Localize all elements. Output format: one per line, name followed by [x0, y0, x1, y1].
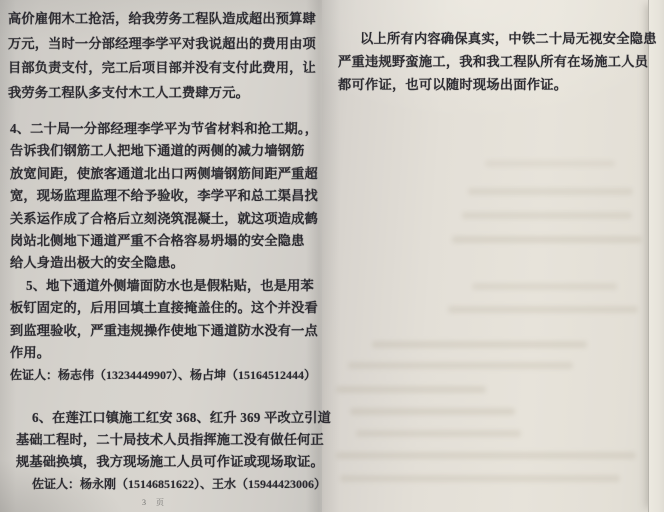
text-line: 给人身造出极大的安全隐患。: [10, 252, 318, 274]
text-line: 严重违规野蛮施工，我和我工程队所有在场施工人员: [338, 50, 657, 73]
text-line: 放宽间距，使旅客通道北出口两侧墙钢筋间距严重超: [10, 163, 318, 185]
bleed-through-line: [356, 430, 521, 437]
page-number: 3 页: [142, 497, 168, 508]
text-line: 6、在莲江口镇施工红安 368、红升 369 平改立引道: [16, 407, 331, 429]
text-line: 关系运作成了合格后立刻浇筑混凝土，就这项造成鹤: [10, 208, 318, 230]
bleed-through-line: [468, 188, 633, 195]
text-line: 宽，现场监理监理不给予验收，李学平和总工渠昌找: [10, 185, 318, 207]
bleed-through-line: [350, 408, 515, 415]
left-paragraph-1: 高价雇佣木工抢活，给我劳务工程队造成超出预算肆 万元，当时一分部经理李学平对我说…: [8, 7, 316, 105]
text-line: 都可作证，也可以随时现场出面作证。: [338, 73, 657, 96]
text-line: 目部负责支付，完工后项目部并没有支付此费用，让: [8, 56, 316, 81]
text-line: 5、地下通道外侧墙面防水也是假粘贴，也是用苯: [10, 275, 318, 297]
text-line: 规基础换填，我方现场施工人员可作证或现场取证。: [16, 451, 331, 473]
bleed-through-line: [336, 386, 486, 393]
witness-line: 佐证人：杨永刚（15146851622）、王水（15944423006）: [16, 473, 331, 495]
bleed-through-line: [472, 283, 617, 290]
text-line: 告诉我们钢筋工人把地下通道的两侧的减力墙钢筋: [10, 140, 318, 162]
text-line: 到监理验收，严重违规操作使地下通道防水没有一点: [10, 320, 318, 342]
text-line: 板钉固定的，后用回填土直接掩盖住的。这个并没看: [10, 297, 318, 319]
bleed-through-line: [348, 362, 573, 369]
witness-line: 佐证人：杨志伟（13234449907）、杨占坤（15164512444）: [10, 364, 318, 386]
bleed-through-line: [448, 306, 638, 313]
text-line: 我劳务工程队多支付木工人工费肆万元。: [8, 81, 316, 106]
right-paragraph: 以上所有内容确保真实，中铁二十局无视安全隐患 严重违规野蛮施工，我和我工程队所有…: [338, 27, 657, 97]
text-line: 岗站北侧地下通道严重不合格容易坍塌的安全隐患: [10, 230, 318, 252]
bleed-through-line: [340, 475, 620, 482]
bleed-through-line: [336, 452, 636, 459]
text-line: 基础工程时，二十局技术人员指挥施工没有做任何正: [16, 429, 331, 451]
text-line: 以上所有内容确保真实，中铁二十局无视安全隐患: [338, 27, 657, 50]
text-line: 作用。: [10, 342, 318, 364]
left-sections-4-5: 4、二十局一分部经理李学平为节省材料和抢工期。， 告诉我们钢筋工人把地下通道的两…: [10, 118, 318, 387]
bleed-through-line: [462, 212, 632, 219]
text-line: 高价雇佣木工抢活，给我劳务工程队造成超出预算肆: [8, 7, 316, 32]
bleed-through-line: [452, 236, 642, 243]
text-line: 万元，当时一分部经理李学平对我说超出的费用由项: [8, 32, 316, 57]
bleed-through-line: [372, 341, 587, 348]
left-section-6: 6、在莲江口镇施工红安 368、红升 369 平改立引道 基础工程时，二十局技术…: [16, 407, 331, 495]
bleed-through-line: [485, 160, 615, 167]
text-line: 4、二十局一分部经理李学平为节省材料和抢工期。，: [10, 118, 318, 140]
document-photo: 高价雇佣木工抢活，给我劳务工程队造成超出预算肆 万元，当时一分部经理李学平对我说…: [0, 0, 664, 512]
